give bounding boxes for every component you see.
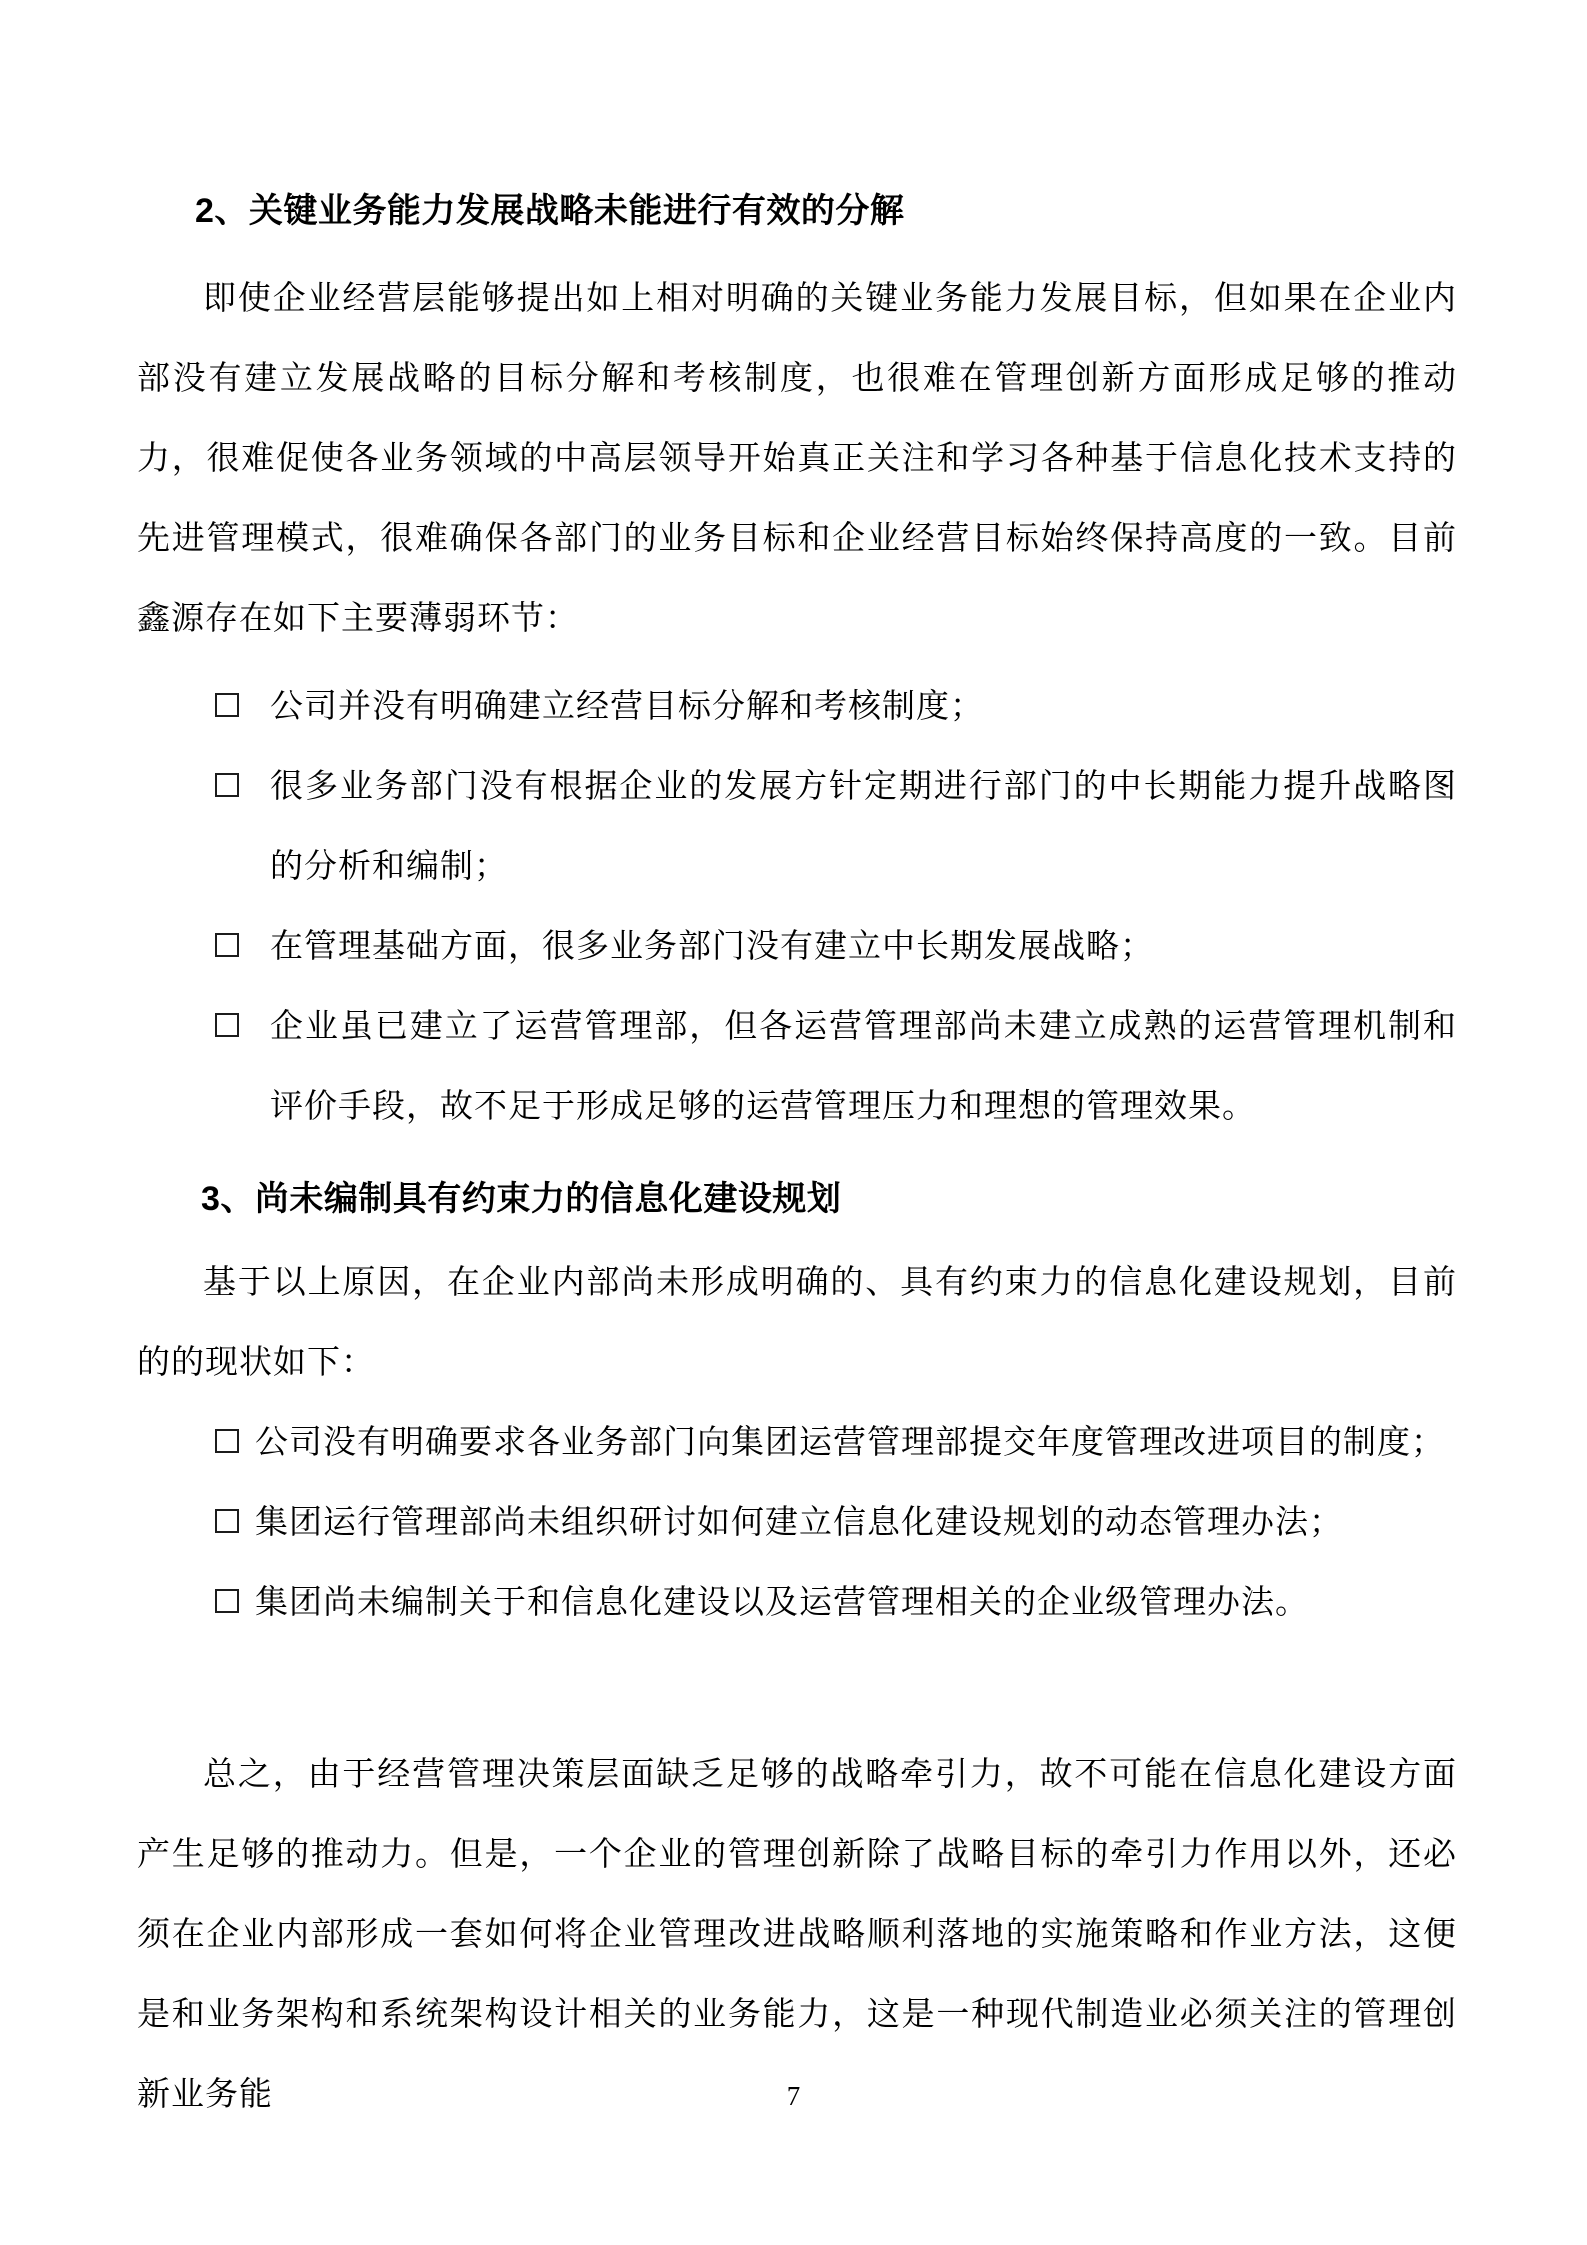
list-item: 集团尚未编制关于和信息化建设以及运营管理相关的企业级管理办法。 [137,1562,1457,1642]
section-2-paragraph: 即使企业经营层能够提出如上相对明确的关键业务能力发展目标，但如果在企业内部没有建… [137,258,1457,658]
checkbox-bullet-icon [215,1589,239,1613]
list-item-text: 集团尚未编制关于和信息化建设以及运营管理相关的企业级管理办法。 [255,1583,1309,1620]
list-item: 公司没有明确要求各业务部门向集团运营管理部提交年度管理改进项目的制度； [137,1402,1457,1482]
list-item-text: 很多业务部门没有根据企业的发展方针定期进行部门的中长期能力提升战略图的分析和编制… [270,767,1457,884]
page-number: 7 [0,2078,1587,2114]
section-2-bullet-list: 公司并没有明确建立经营目标分解和考核制度； 很多业务部门没有根据企业的发展方针定… [137,666,1457,1146]
section-3-bullet-list: 公司没有明确要求各业务部门向集团运营管理部提交年度管理改进项目的制度； 集团运行… [137,1402,1457,1642]
list-item: 企业虽已建立了运营管理部，但各运营管理部尚未建立成熟的运营管理机制和评价手段，故… [137,986,1457,1146]
section-3-paragraph: 基于以上原因，在企业内部尚未形成明确的、具有约束力的信息化建设规划，目前的的现状… [137,1242,1457,1402]
checkbox-bullet-icon [215,933,239,957]
checkbox-bullet-icon [215,1509,239,1533]
document-page: 2、关键业务能力发展战略未能进行有效的分解 即使企业经营层能够提出如上相对明确的… [0,0,1587,2245]
list-item: 公司并没有明确建立经营目标分解和考核制度； [137,666,1457,746]
list-item: 集团运行管理部尚未组织研讨如何建立信息化建设规划的动态管理办法； [137,1482,1457,1562]
list-item-text: 公司并没有明确建立经营目标分解和考核制度； [270,687,984,724]
checkbox-bullet-icon [215,693,239,717]
list-item-text: 企业虽已建立了运营管理部，但各运营管理部尚未建立成熟的运营管理机制和评价手段，故… [270,1007,1457,1124]
list-item-text: 公司没有明确要求各业务部门向集团运营管理部提交年度管理改进项目的制度； [255,1423,1445,1460]
list-item: 很多业务部门没有根据企业的发展方针定期进行部门的中长期能力提升战略图的分析和编制… [137,746,1457,906]
checkbox-bullet-icon [215,1429,239,1453]
checkbox-bullet-icon [215,1013,239,1037]
list-item-text: 集团运行管理部尚未组织研讨如何建立信息化建设规划的动态管理办法； [255,1503,1343,1540]
closing-paragraph: 总之，由于经营管理决策层面缺乏足够的战略牵引力，故不可能在信息化建设方面产生足够… [137,1734,1457,2134]
checkbox-bullet-icon [215,773,239,797]
section-2-heading: 2、关键业务能力发展战略未能进行有效的分解 [195,180,1457,242]
list-item: 在管理基础方面，很多业务部门没有建立中长期发展战略； [137,906,1457,986]
list-item-text: 在管理基础方面，很多业务部门没有建立中长期发展战略； [270,927,1154,964]
section-3-heading: 3、尚未编制具有约束力的信息化建设规划 [201,1168,1457,1230]
